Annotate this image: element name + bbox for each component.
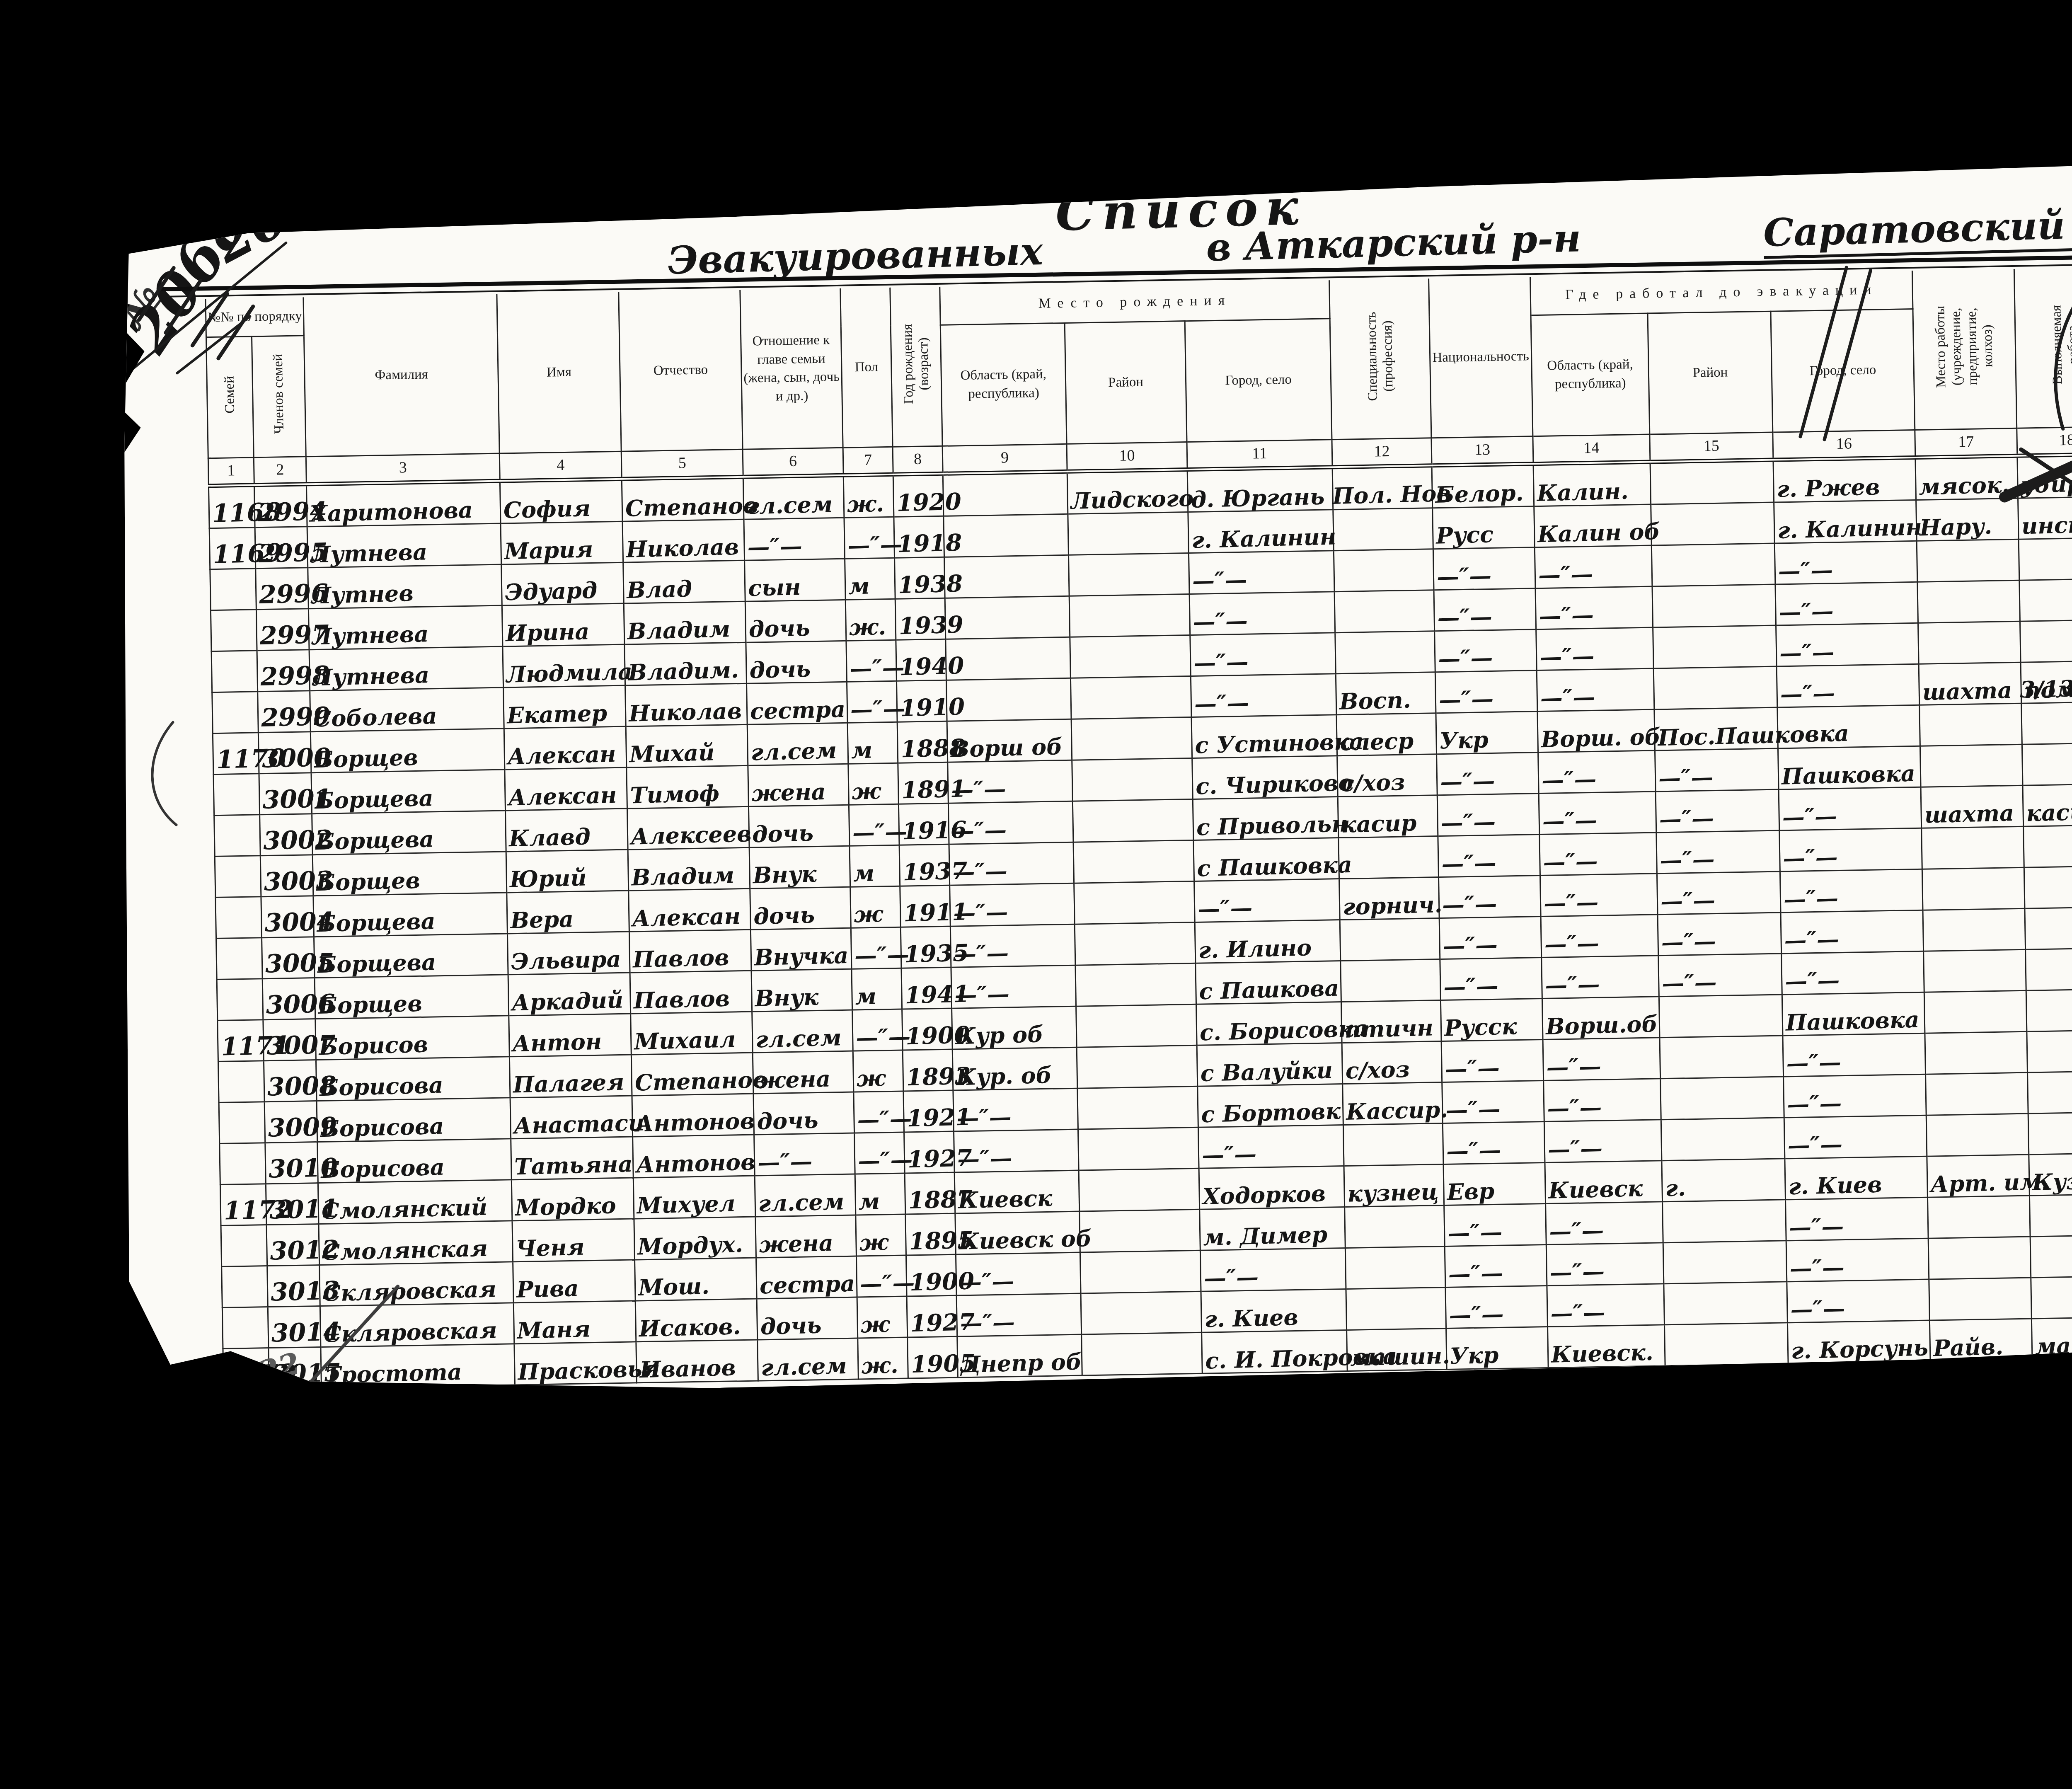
table-cell: ж. [858,1337,908,1379]
table-cell: —″— [856,1255,907,1297]
table-cell: Борщев [315,974,509,1019]
corner-number: 2041 [205,155,361,271]
table-cell: Внучка [750,928,852,971]
table-cell [221,1225,267,1266]
table-cell: —″— [1191,673,1336,717]
table-cell [220,1143,266,1184]
table-cell [1078,1127,1199,1170]
table-cell: Людмила [503,644,625,688]
table-cell [2028,1071,2072,1114]
table-cell: —″— [1438,834,1540,877]
table-cell: с Привольн [1193,796,1339,840]
column-header: Отчество [619,290,743,451]
table-cell: Антонов [632,1094,754,1137]
table-cell [1074,881,1195,924]
table-cell: Внук [749,846,850,888]
table-cell: м. Димер [1200,1207,1346,1250]
table-cell: Укр [1446,1327,1549,1369]
table-cell [2021,702,2072,744]
table-cell: —″— [1443,1121,1545,1164]
table-cell: Исаков. [635,1299,758,1342]
table-cell: г. Илино [1195,920,1341,963]
table-cell: с/хоз [1342,1041,1442,1084]
table-cell [1917,580,2020,623]
table-cell: Палагея [509,1054,632,1097]
table-cell [1069,553,1190,596]
table-cell: м [850,845,900,887]
table-cell: Укр [1436,711,1538,754]
table-cell: г. Киев [1201,1289,1347,1332]
table-cell: 1920 [893,473,944,516]
table-cell [1075,963,1196,1006]
table-cell [1917,539,2019,582]
table-cell: Ирина [502,603,625,646]
table-cell: 3006 [262,978,315,1019]
group-header-workplace: Где работал до эвакуации [1530,271,1913,315]
table-cell: —″— [1435,629,1537,672]
table-cell: с/хоз [1337,754,1438,796]
table-cell: Лутнева [308,605,503,650]
table-cell [1076,1004,1197,1047]
table-cell [1663,1199,1786,1242]
table-cell: ж [853,1050,903,1092]
table-cell [1664,1322,1788,1365]
table-cell: дочь [745,600,846,642]
table-cell [1345,1246,1445,1289]
table-cell [1080,1250,1201,1293]
table-cell: с. Борисовка [1196,1002,1342,1045]
table-cell: —″— [1442,1080,1544,1123]
table-cell: слеср [1336,713,1437,755]
table-cell: —″— [849,804,899,846]
table-cell: 3010 [265,1142,318,1184]
table-cell [1340,918,1440,961]
table-cell: 1941 [901,967,952,1009]
table-cell: —″— [852,1009,903,1051]
table-cell: —″— [948,801,1073,844]
table-cell [1075,922,1196,965]
column-number: 17 [1915,428,2017,458]
column-header: Год рождения (возраст) [890,287,942,447]
table-cell: —″— [1445,1244,1547,1287]
table-cell: Лидского [1067,470,1188,514]
column-number: 6 [743,448,843,477]
table-cell: —″— [1786,1197,1929,1241]
table-cell [1070,676,1191,719]
table-cell: —″— [1194,879,1340,922]
table-cell: —″— [1434,588,1536,631]
table-cell: 1170 [213,732,259,774]
table-cell [1070,635,1191,678]
table-cell [2025,907,2072,949]
column-header: Имя [497,292,621,453]
table-cell [1653,666,1777,709]
column-number: 15 [1650,432,1773,462]
table-cell: Мордко [511,1177,634,1220]
table-cell: с Устиновка [1191,714,1337,758]
table-cell [2024,866,2072,908]
table-cell: 1168 [208,485,255,528]
table-cell: Антон [509,1014,632,1057]
table-cell: 3013 [267,1265,320,1307]
table-cell: Соболева [310,687,504,731]
table-cell [1069,594,1190,637]
table-cell: Белор. [1432,464,1534,508]
table-cell: 1888 [897,721,948,763]
table-cell: 1916 [898,803,949,845]
table-cell: Лутнев [308,564,502,609]
table-cell: дочь [750,887,851,930]
table-cell: 3014 [268,1306,321,1348]
table-cell: 3003 [260,855,313,896]
table-cell: —″— [844,517,895,559]
table-cell: —″— [1535,545,1652,588]
table-cell: Арт. им. [1927,1155,2030,1197]
table-cell: убир. [2017,454,2072,498]
table-cell: 2996 [256,567,309,609]
table-cell: —″— [1655,748,1779,792]
table-cell: Николав [622,519,745,562]
table-cell: 1169 [209,527,256,569]
table-cell: 3004 [261,896,314,937]
table-cell: —″— [1544,1078,1661,1121]
table-cell [1079,1168,1200,1211]
table-cell: —″— [1779,828,1922,872]
table-cell: Кур. об [952,1047,1077,1090]
table-cell: София [500,479,622,523]
table-cell: Владим [624,601,746,644]
table-cell: —″— [1441,1039,1544,1082]
footer-mark: 22 [255,1348,303,1387]
column-header: Область (край, республика) [1531,313,1650,436]
table-cell: Татьяна [511,1136,634,1179]
table-cell: Киевск [954,1170,1080,1213]
table-cell: —″— [854,1132,905,1174]
table-cell [2022,743,2072,785]
table-cell: сын [745,559,846,601]
table-cell [211,609,257,651]
table-cell: —″— [1440,957,1542,1000]
table-cell: 1891 [898,762,949,804]
column-number: 12 [1332,438,1432,467]
table-cell: 1927 [904,1131,955,1173]
table-cell: Павлов [629,930,751,973]
table-cell [1926,1072,2028,1115]
table-cell [1345,1205,1445,1248]
table-cell: 3012 [266,1224,320,1266]
table-cell: птичн [1341,1000,1441,1043]
table-cell: г. Корсунь [1787,1320,1930,1364]
table-cell: Михуел [633,1176,755,1219]
table-cell: —″— [1538,750,1656,793]
table-cell: 1937 [899,844,950,886]
table-cell: —″— [1782,951,1924,995]
table-cell: жена [755,1215,857,1258]
table-cell [2019,579,2072,621]
table-cell: Тимоф [627,765,749,809]
table-cell: Пос.Пашковка [1654,707,1778,750]
table-cell: касир. [2023,784,2072,826]
table-cell: Степанов [631,1053,753,1096]
table-cell: гл.сем [752,1010,853,1053]
table-cell: —″— [953,1088,1078,1131]
table-cell: —″— [1658,953,1782,996]
table-cell: 1935 [900,926,951,968]
table-cell: 1939 [895,598,946,640]
column-header: Город, село [1185,318,1332,442]
table-cell: —″— [1444,1203,1547,1246]
table-cell: —″— [1546,1242,1664,1285]
table-cell [1653,625,1777,668]
table-cell: 3009 [264,1101,317,1143]
table-cell [219,1101,265,1143]
table-cell: —″— [1537,668,1654,711]
table-cell: Скляровская [320,1302,514,1347]
table-cell [1077,1086,1198,1129]
table-cell: Смолянский [318,1179,512,1224]
table-cell: Иванов [636,1340,758,1383]
table-cell [211,650,258,692]
table-cell: Борисова [316,1056,510,1101]
table-cell: 2998 [257,649,310,691]
column-header: Членов семей [252,335,306,457]
table-cell: Восп. [1336,672,1436,714]
table-cell [214,814,261,856]
table-cell: —″— [1546,1201,1663,1244]
table-cell: маш. [2031,1317,2072,1360]
column-number: 10 [1067,442,1187,471]
table-cell: Борщева [312,810,506,855]
table-cell: Антонов [633,1135,755,1178]
table-cell: Борщева [311,769,506,813]
table-cell: —″— [1439,916,1542,959]
table-cell: Днепр об [957,1334,1082,1377]
group-header-order: №№ по порядку [206,297,304,337]
table-cell: Калин. [1533,462,1651,506]
table-cell [1073,840,1194,883]
table-cell: Борисов [315,1015,510,1060]
column-number: 2 [254,456,306,485]
table-cell [1925,1031,2028,1074]
table-cell: Смолянская [319,1220,513,1265]
table-cell: 1171 [218,1019,264,1061]
table-cell [1663,1240,1787,1283]
table-cell: 3001 [259,772,312,814]
table-cell: Пашковка [1778,746,1921,789]
table-cell: —″— [1437,793,1539,836]
table-cell: —″— [1541,914,1658,957]
table-cell: 2997 [256,608,309,650]
table-cell: с Пашкова [1196,961,1341,1004]
table-cell [1660,1035,1784,1078]
table-cell: Эдуард [501,562,624,605]
table-cell: Внук [751,969,852,1012]
column-number: 18 [2017,426,2072,455]
table-cell: ж [848,763,899,805]
table-cell: 1172 [220,1184,266,1225]
table-cell: ж. [843,474,894,517]
table-cell [1071,717,1192,760]
column-number: 7 [843,447,893,475]
table-cell: —″— [1540,873,1658,916]
table-cell: —″— [950,924,1075,967]
table-cell [1920,744,2023,787]
table-cell: —″— [851,927,901,969]
column-number: 14 [1533,434,1650,464]
table-cell: —″— [1547,1283,1665,1327]
table-cell: Скляровская [320,1261,514,1306]
table-cell: Прасковья [514,1341,637,1385]
table-cell [1080,1209,1201,1252]
table-cell: —″— [956,1252,1081,1295]
table-cell: Клавд [506,809,628,852]
table-cell: ж [857,1296,908,1338]
table-cell: —″— [950,883,1075,926]
table-cell: Борщева [313,892,508,937]
table-cell [1334,549,1434,591]
table-cell: Алексан [505,767,627,811]
table-cell: Русск [1440,998,1543,1041]
table-cell: Куз [2029,1153,2072,1196]
table-cell [1661,1076,1784,1119]
table-cell: сестра [756,1256,857,1299]
table-cell: —″— [1774,541,1917,584]
table-cell [2019,537,2072,580]
table-cell: —″— [744,518,845,560]
table-cell: гл.сем [755,1174,856,1217]
table-cell: 1900 [906,1254,956,1296]
table-cell [1072,799,1193,842]
table-cell: дочь [748,805,850,847]
table-cell: Кур об [952,1006,1077,1049]
table-cell: —″— [1784,1115,1927,1159]
table-cell [210,568,257,610]
table-cell: ж. [845,599,896,641]
table-cell: 3000 [258,731,311,773]
table-cell: Ворш об [947,719,1072,762]
table-cell: —″— [1784,1074,1927,1118]
table-cell [1343,1123,1443,1166]
table-cell: Мария [501,521,623,564]
table-cell [2027,1030,2072,1072]
table-cell: Калин об [1534,504,1652,547]
column-number: 13 [1431,436,1533,465]
table-cell [1334,590,1435,632]
table-cell: сестра [747,682,848,724]
table-cell: Пашковка [1782,992,1925,1036]
table-cell [2029,1194,2072,1237]
table-cell [1927,1196,2030,1238]
table-cell: —″— [1535,586,1653,629]
table-cell: 2999 [258,690,311,732]
table-cell: —″— [1189,591,1335,635]
table-cell: г. Ржев [1773,457,1916,502]
column-number: 16 [1773,430,1915,460]
table-cell [1651,543,1775,586]
table-cell: Аркадий [508,973,631,1016]
table-cell: —″— [1779,787,1922,830]
table-cell: Борисова [317,1097,511,1142]
table-cell: 3007 [263,1019,316,1060]
table-cell: жена [753,1051,854,1094]
column-header: Место работы (учреждение, предприятие, к… [1912,269,2016,430]
table-cell: —″— [1780,869,1923,913]
table-cell: с. И. Покровка [1202,1330,1348,1373]
table-cell: —″— [956,1293,1082,1336]
table-cell: м [845,558,896,600]
table-cell: м [855,1173,905,1215]
table-cell: касир [1338,795,1438,838]
table-cell: ж [856,1214,906,1256]
table-cell [1341,959,1441,1002]
table-cell: —″— [1437,752,1539,795]
table-cell: Влад [623,560,746,603]
column-number: 9 [942,444,1067,473]
column-header: Район [1648,311,1773,434]
table-cell: —″— [1777,664,1920,707]
table-cell: 1893 [903,1049,953,1091]
table-cell: Нару. [1916,498,2019,541]
table-cell: —″— [1439,875,1541,918]
table-cell: 1927 [907,1295,957,1337]
table-cell [2028,1112,2072,1155]
table-cell: Мордух. [634,1217,756,1260]
table-cell: ж [850,886,901,928]
table-cell [212,691,259,733]
column-number: 1 [208,457,254,485]
table-cell: Борщев [312,851,507,896]
table-cell: Ворш. об [1537,709,1655,752]
table-cell: Владим [628,847,750,891]
table-cell: Екатер [503,685,626,729]
table-cell: Алексан [504,726,627,770]
table-cell: —″— [1433,547,1535,590]
table-cell: —″— [951,965,1076,1008]
table-cell: дочь [753,1092,854,1135]
scanned-page: № 2068 2041 Список Эвакуированных в Атка… [111,160,2072,1397]
table-cell: д. Юргань Пол. Нов [1187,467,1333,512]
table-cell [1661,1117,1785,1160]
table-cell: мясок. [1915,455,2018,500]
table-cell [217,978,263,1020]
column-number: 11 [1187,439,1332,469]
table-cell [218,1060,264,1102]
table-cell: Эльвира [507,932,630,975]
table-cell [1346,1287,1446,1330]
column-number: 8 [893,446,943,474]
table-cell [2030,1235,2072,1278]
table-cell: машин. [1347,1328,1447,1371]
table-cell: Тростота [321,1344,515,1388]
table-cell: —″— [1786,1238,1929,1282]
table-cell [215,855,261,897]
table-cell: —″— [854,1091,904,1133]
table-cell: Михаил [631,1012,753,1055]
table-cell [1333,508,1433,550]
table-cell: Ходорков [1199,1166,1345,1209]
table-cell: Степанов [622,477,744,521]
table-cell: Лутнева [309,646,503,691]
column-header: Национальность [1429,277,1533,438]
table-cell: Маня [513,1300,636,1344]
table-cell [215,896,262,938]
table-cell: с. Чириково [1192,755,1338,799]
table-cell: —″— [1656,830,1780,873]
table-cell: Алексеев [627,806,749,850]
table-cell [213,773,260,815]
table-cell: Лутнева [307,523,501,568]
table-cell: —″— [1543,1037,1661,1080]
